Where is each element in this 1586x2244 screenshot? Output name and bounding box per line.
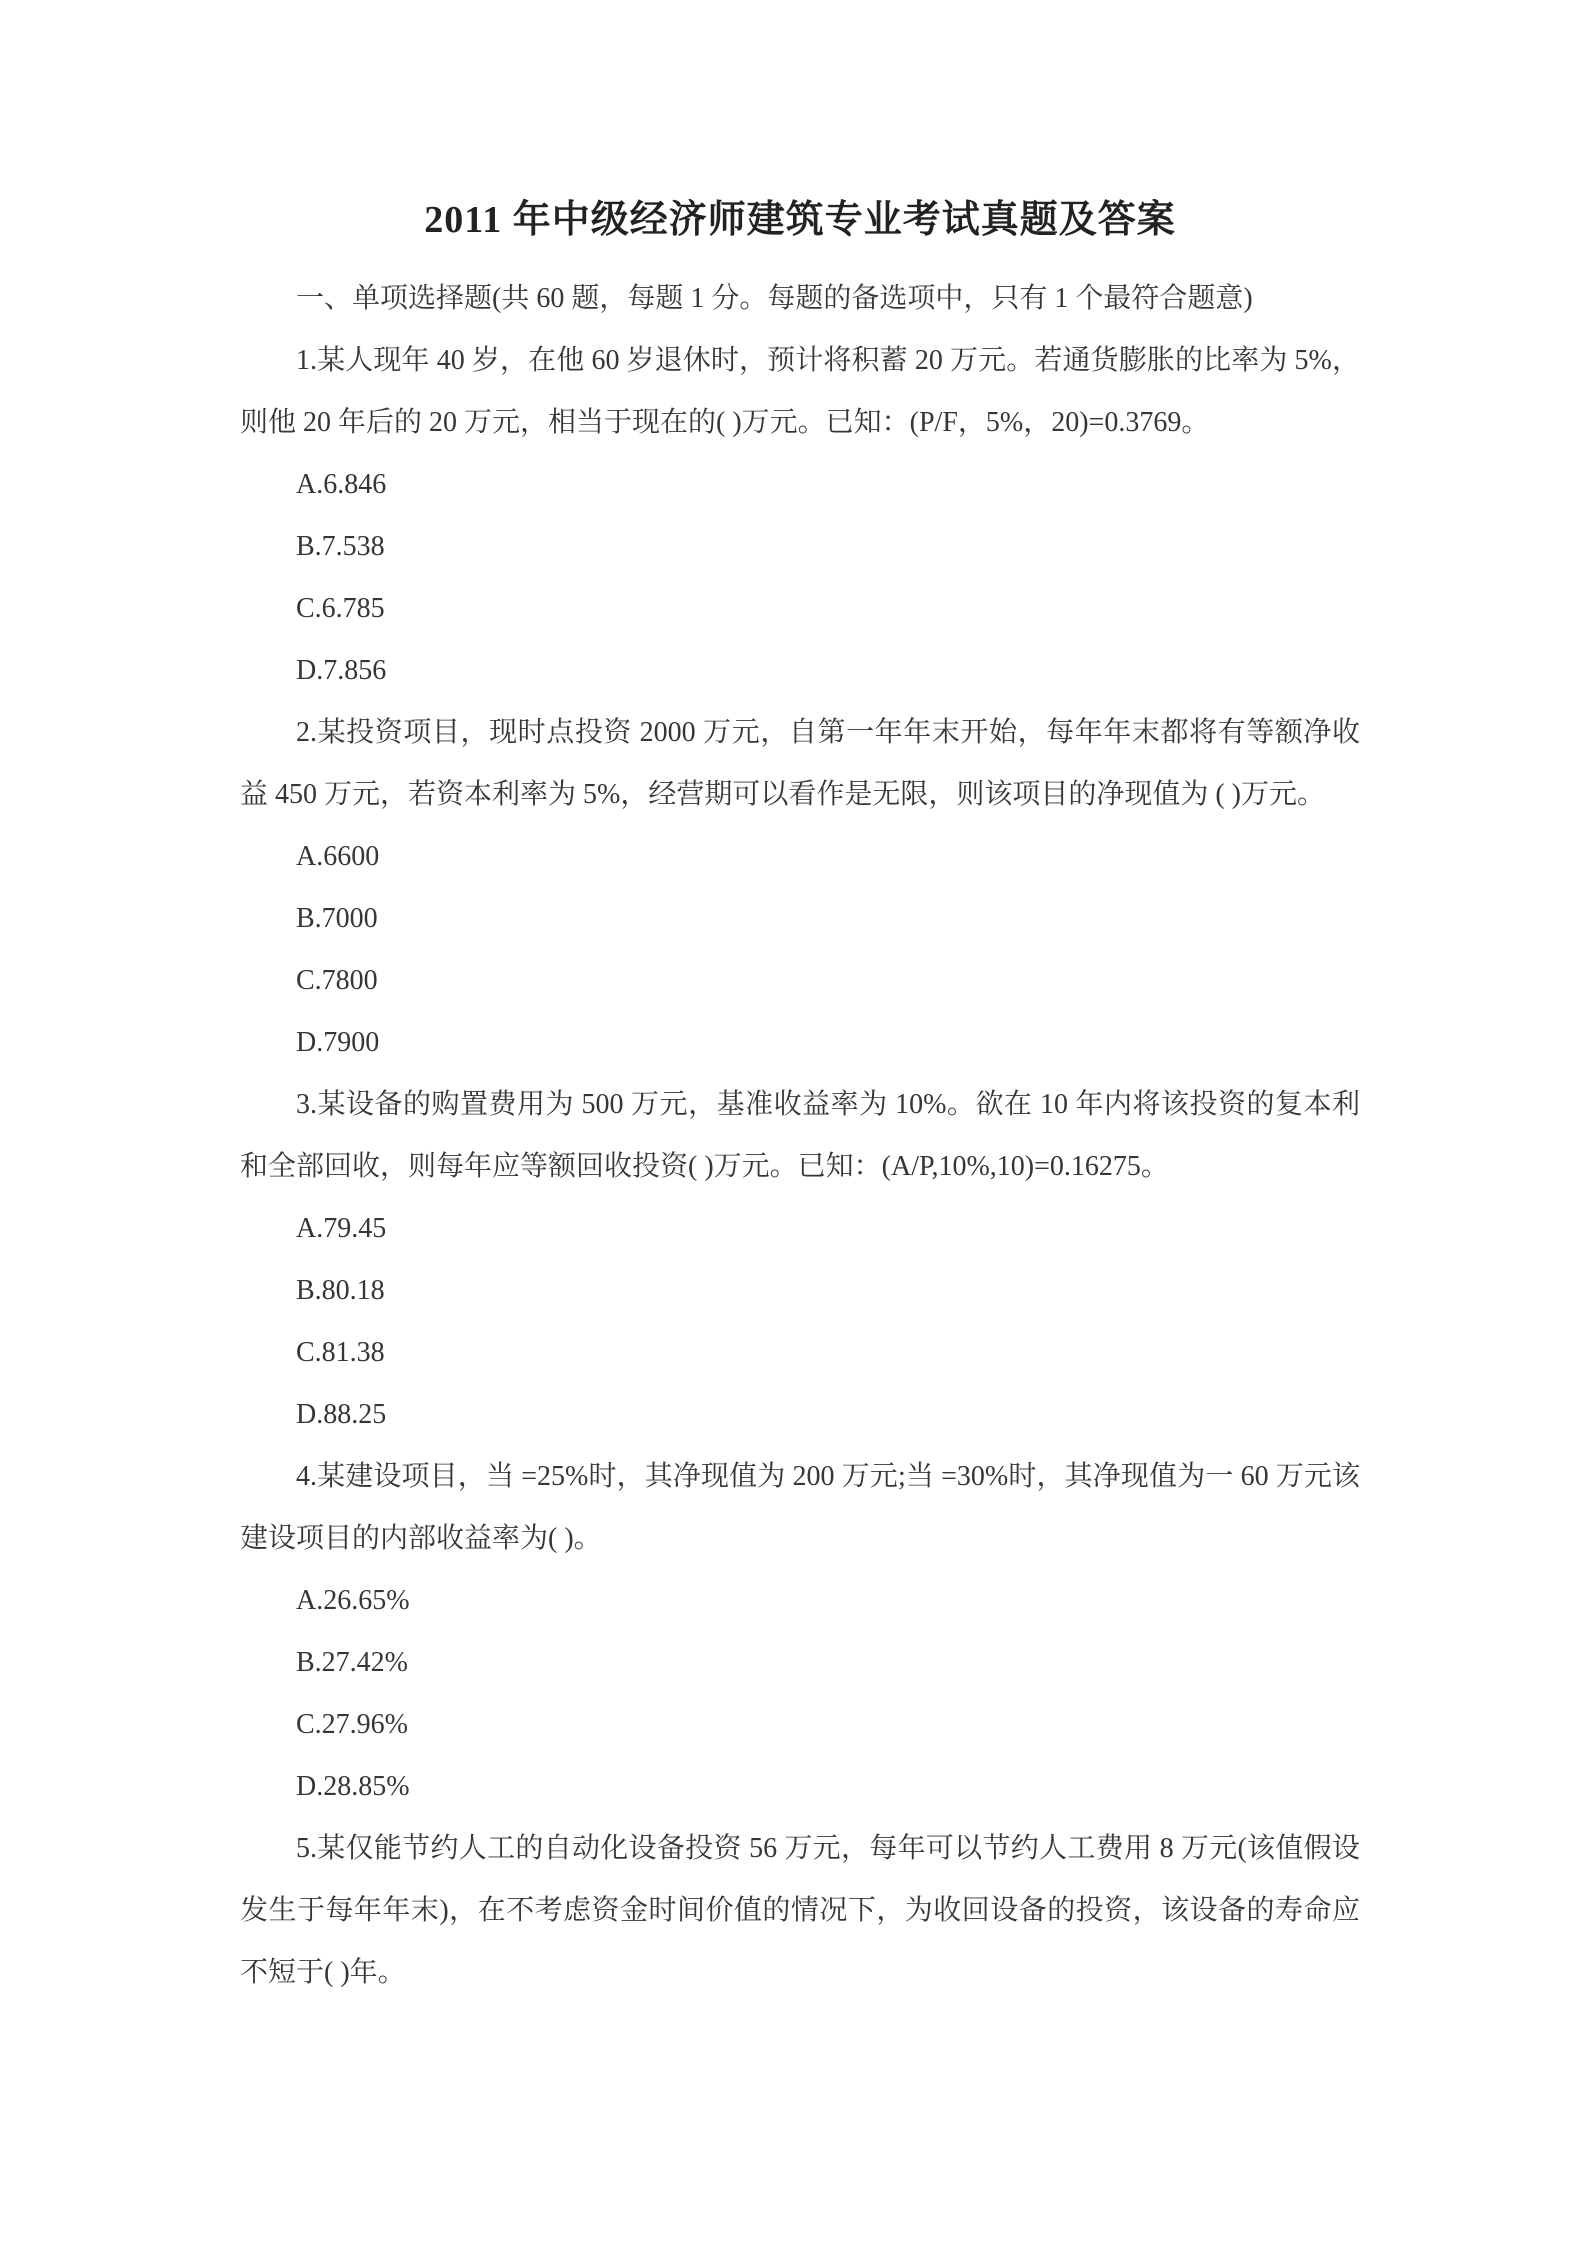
question-3-option-d: D.88.25 xyxy=(240,1384,1360,1446)
question-3-option-b: B.80.18 xyxy=(240,1260,1360,1322)
question-1-option-c: C.6.785 xyxy=(240,578,1360,640)
question-2-stem: 2.某投资项目，现时点投资 2000 万元，自第一年年末开始，每年年末都将有等额… xyxy=(240,702,1360,826)
question-1-option-b: B.7.538 xyxy=(240,516,1360,578)
page-title: 2011 年中级经济师建筑专业考试真题及答案 xyxy=(240,190,1360,250)
question-2-option-a: A.6600 xyxy=(240,826,1360,888)
document-page: 2011 年中级经济师建筑专业考试真题及答案 一、单项选择题(共 60 题，每题… xyxy=(0,0,1586,2244)
question-1-option-a: A.6.846 xyxy=(240,454,1360,516)
question-4-option-b: B.27.42% xyxy=(240,1632,1360,1694)
question-4-option-d: D.28.85% xyxy=(240,1756,1360,1818)
question-3-option-a: A.79.45 xyxy=(240,1198,1360,1260)
question-2-option-d: D.7900 xyxy=(240,1012,1360,1074)
question-4-option-c: C.27.96% xyxy=(240,1694,1360,1756)
question-5-stem: 5.某仅能节约人工的自动化设备投资 56 万元，每年可以节约人工费用 8 万元(… xyxy=(240,1818,1360,2004)
question-2-option-c: C.7800 xyxy=(240,950,1360,1012)
question-1-stem: 1.某人现年 40 岁，在他 60 岁退休时，预计将积蓄 20 万元。若通货膨胀… xyxy=(240,330,1360,454)
question-3-option-c: C.81.38 xyxy=(240,1322,1360,1384)
question-4-option-a: A.26.65% xyxy=(240,1570,1360,1632)
question-4-stem: 4.某建设项目，当 =25%时，其净现值为 200 万元;当 =30%时，其净现… xyxy=(240,1446,1360,1570)
section-header: 一、单项选择题(共 60 题，每题 1 分。每题的备选项中，只有 1 个最符合题… xyxy=(240,268,1360,330)
question-1-option-d: D.7.856 xyxy=(240,640,1360,702)
question-3-stem: 3.某设备的购置费用为 500 万元，基准收益率为 10%。欲在 10 年内将该… xyxy=(240,1074,1360,1198)
question-2-option-b: B.7000 xyxy=(240,888,1360,950)
